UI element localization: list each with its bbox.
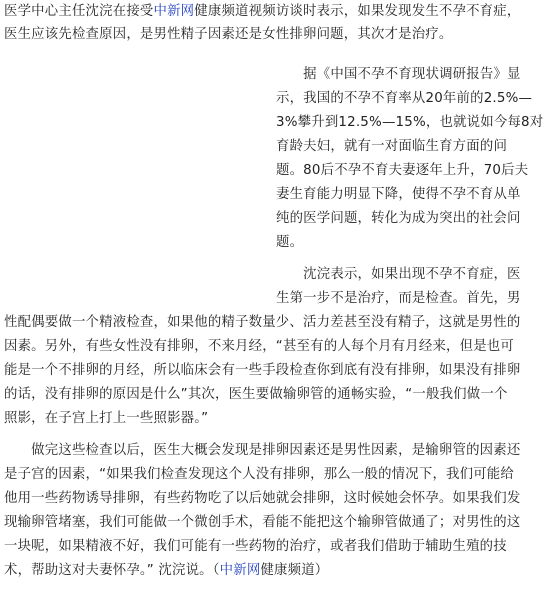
chinanews-source-link[interactable]: 中新网: [220, 563, 261, 578]
chinanews-link[interactable]: 中新网: [154, 4, 195, 19]
treatment-line: 现输卵管堵塞，我们可能做一个微创手术，看能不能把这个输卵管做通了；对男性的这: [4, 511, 520, 535]
intro-text: 医学中心主任沈浣在接受: [4, 4, 154, 19]
report-line: 育龄夫妇，就有一对面临生育方面的问: [276, 135, 507, 159]
exam-line: 沈浣表示，如果出现不孕不育症，医: [276, 263, 521, 287]
exam-line: 的话，没有排卵的原因是什么”其次，医生要做输卵管的通畅实验，“一般我们做一个: [4, 383, 508, 407]
treatment-text: 术，帮助这对夫妻怀孕。” 沈浣说。（: [4, 563, 220, 578]
image-placeholder: [0, 58, 268, 258]
exam-line: 生第一步不是治疗，而是检查。首先，男: [276, 287, 521, 311]
exam-line: 能是一个不排卵的月经，所以临床会有一些手段检查你到底有没有排卵，如果没有排卵: [4, 359, 520, 383]
treatment-line: 他用一些药物诱导排卵，有些药物吃了以后她就会排卵，这时候她会怀孕。如果我们发: [4, 487, 520, 511]
report-line: 纯的医学问题，转化为成为突出的社会问: [276, 207, 521, 231]
exam-line: 因素。另外，有些女性没有排卵，不来月经，“甚至有的人每个月有月经来，但是也可: [4, 335, 514, 359]
report-line: 题。80后不孕不育夫妻逐年上升，70后夫: [276, 159, 528, 183]
intro-line-2: 医生应该先检查原因，是男性精子因素还是女性排卵问题，其次才是治疗。: [4, 23, 453, 47]
treatment-line: 做完这些检查以后，医生大概会发现是排卵因素还是男性因素，是输卵管的因素还: [4, 439, 520, 463]
report-line: 妻生育能力明显下降，使得不孕不育从单: [276, 183, 521, 207]
treatment-line: 一块呢，如果精液不好，我们可能有一些药物的治疗，或者我们借助于辅助生殖的技: [4, 535, 507, 559]
intro-text: 健康频道视频访谈时表示，如果发现发生不孕不育症，: [194, 4, 520, 19]
exam-line: 照影，在子宫上打上一些照影器。”: [4, 407, 208, 431]
treatment-line: 是子宫的因素，“如果我们检查发现这个人没有排卵，那么一般的情况下，我们可能给: [4, 463, 514, 487]
treatment-last-line: 术，帮助这对夫妻怀孕。” 沈浣说。（中新网健康频道）: [4, 559, 328, 583]
report-line: 题。: [276, 231, 303, 255]
treatment-text: 健康频道）: [260, 563, 328, 578]
intro-line-1: 医学中心主任沈浣在接受中新网健康频道视频访谈时表示，如果发现发生不孕不育症，: [4, 0, 520, 24]
exam-line: 性配偶要做一个精液检查，如果他的精子数量少、活力差甚至没有精子，这就是男性的: [4, 311, 520, 335]
report-line: 据《中国不孕不育现状调研报告》显: [276, 63, 521, 87]
report-line: 3%攀升到12.5%—15%，也就说如今每8对: [276, 111, 543, 135]
report-line: 示，我国的不孕不育率从20年前的2.5%—: [276, 87, 532, 111]
